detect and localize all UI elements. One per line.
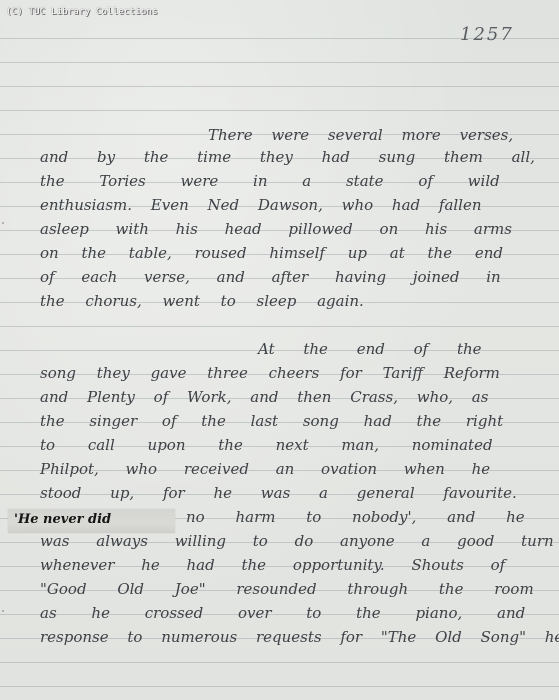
text-line-1: There were several more verses, <box>208 126 513 144</box>
margin-speck <box>2 610 4 612</box>
ruled-line <box>0 326 559 327</box>
text-line-19: whenever he had the opportunity. Shouts … <box>40 556 505 574</box>
text-line-11: song they gave three cheers for Tariff R… <box>40 364 500 382</box>
text-line-3: the Tories were in a state of wild <box>40 172 500 190</box>
ruled-line <box>0 86 559 87</box>
manuscript-page: (C) TUC Library Collections 1257 There w… <box>0 0 559 700</box>
margin-speck <box>2 222 4 224</box>
page-number: 1257 <box>460 24 514 45</box>
ruled-line <box>0 110 559 111</box>
text-line-6: on the table, roused himself up at the e… <box>40 244 503 262</box>
text-line-21: as he crossed over to the piano, and in <box>40 604 559 622</box>
text-line-22: response to numerous requests for "The O… <box>40 628 559 646</box>
text-line-2: and by the time they had sung them all, <box>40 148 535 166</box>
text-line-13: the singer of the last song had the righ… <box>40 412 503 430</box>
patch-text: 'He never did <box>14 512 111 527</box>
text-line-7: of each verse, and after having joined i… <box>40 268 501 286</box>
text-line-18: was always willing to do anyone a good t… <box>40 532 554 550</box>
text-line-12: and Plenty of Work, and then Crass, who,… <box>40 388 488 406</box>
text-line-15: Philpot, who received an ovation when he <box>40 460 490 478</box>
text-line-20: "Good Old Joe" resounded through the roo… <box>40 580 534 598</box>
text-line-16: stood up, for he was a general favourite… <box>40 484 517 502</box>
copyright-watermark: (C) TUC Library Collections <box>6 7 158 17</box>
ruled-line <box>0 62 559 63</box>
text-line-8: the chorus, went to sleep again. <box>40 292 364 310</box>
text-line-17: no harm to nobody', and he <box>186 508 525 526</box>
text-line-4: enthusiasm. Even Ned Dawson, who had fal… <box>40 196 482 214</box>
ruled-line <box>0 686 559 687</box>
text-line-10: At the end of the <box>258 340 482 358</box>
text-line-5: asleep with his head pillowed on his arm… <box>40 220 512 238</box>
ruled-line <box>0 662 559 663</box>
text-line-14: to call upon the next man, nominated <box>40 436 493 454</box>
